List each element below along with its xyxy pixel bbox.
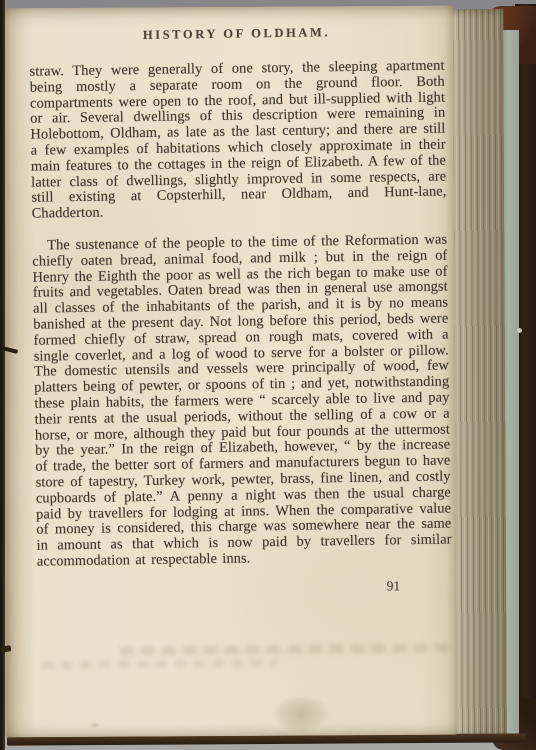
faint-stain bbox=[330, 430, 356, 448]
page-body: straw. They were generally of one story,… bbox=[29, 59, 451, 571]
smudge-stain bbox=[262, 688, 340, 740]
book-page: HISTORY OF OLDHAM. straw. They were gene… bbox=[2, 6, 457, 738]
cover-speck bbox=[517, 328, 522, 333]
printed-content: HISTORY OF OLDHAM. straw. They were gene… bbox=[29, 24, 452, 600]
running-header: HISTORY OF OLDHAM. bbox=[29, 24, 444, 45]
paragraph-continuation: straw. They were generally of one story,… bbox=[29, 59, 446, 223]
small-stain bbox=[88, 720, 102, 730]
left-gutter-edge bbox=[0, 0, 5, 750]
book-scan-photo: HISTORY OF OLDHAM. straw. They were gene… bbox=[0, 0, 536, 750]
paragraph-sustenance: The sustenance of the people to the time… bbox=[32, 232, 452, 570]
page-stack-fore-edge bbox=[449, 9, 507, 739]
page-number: 91 bbox=[37, 577, 452, 599]
